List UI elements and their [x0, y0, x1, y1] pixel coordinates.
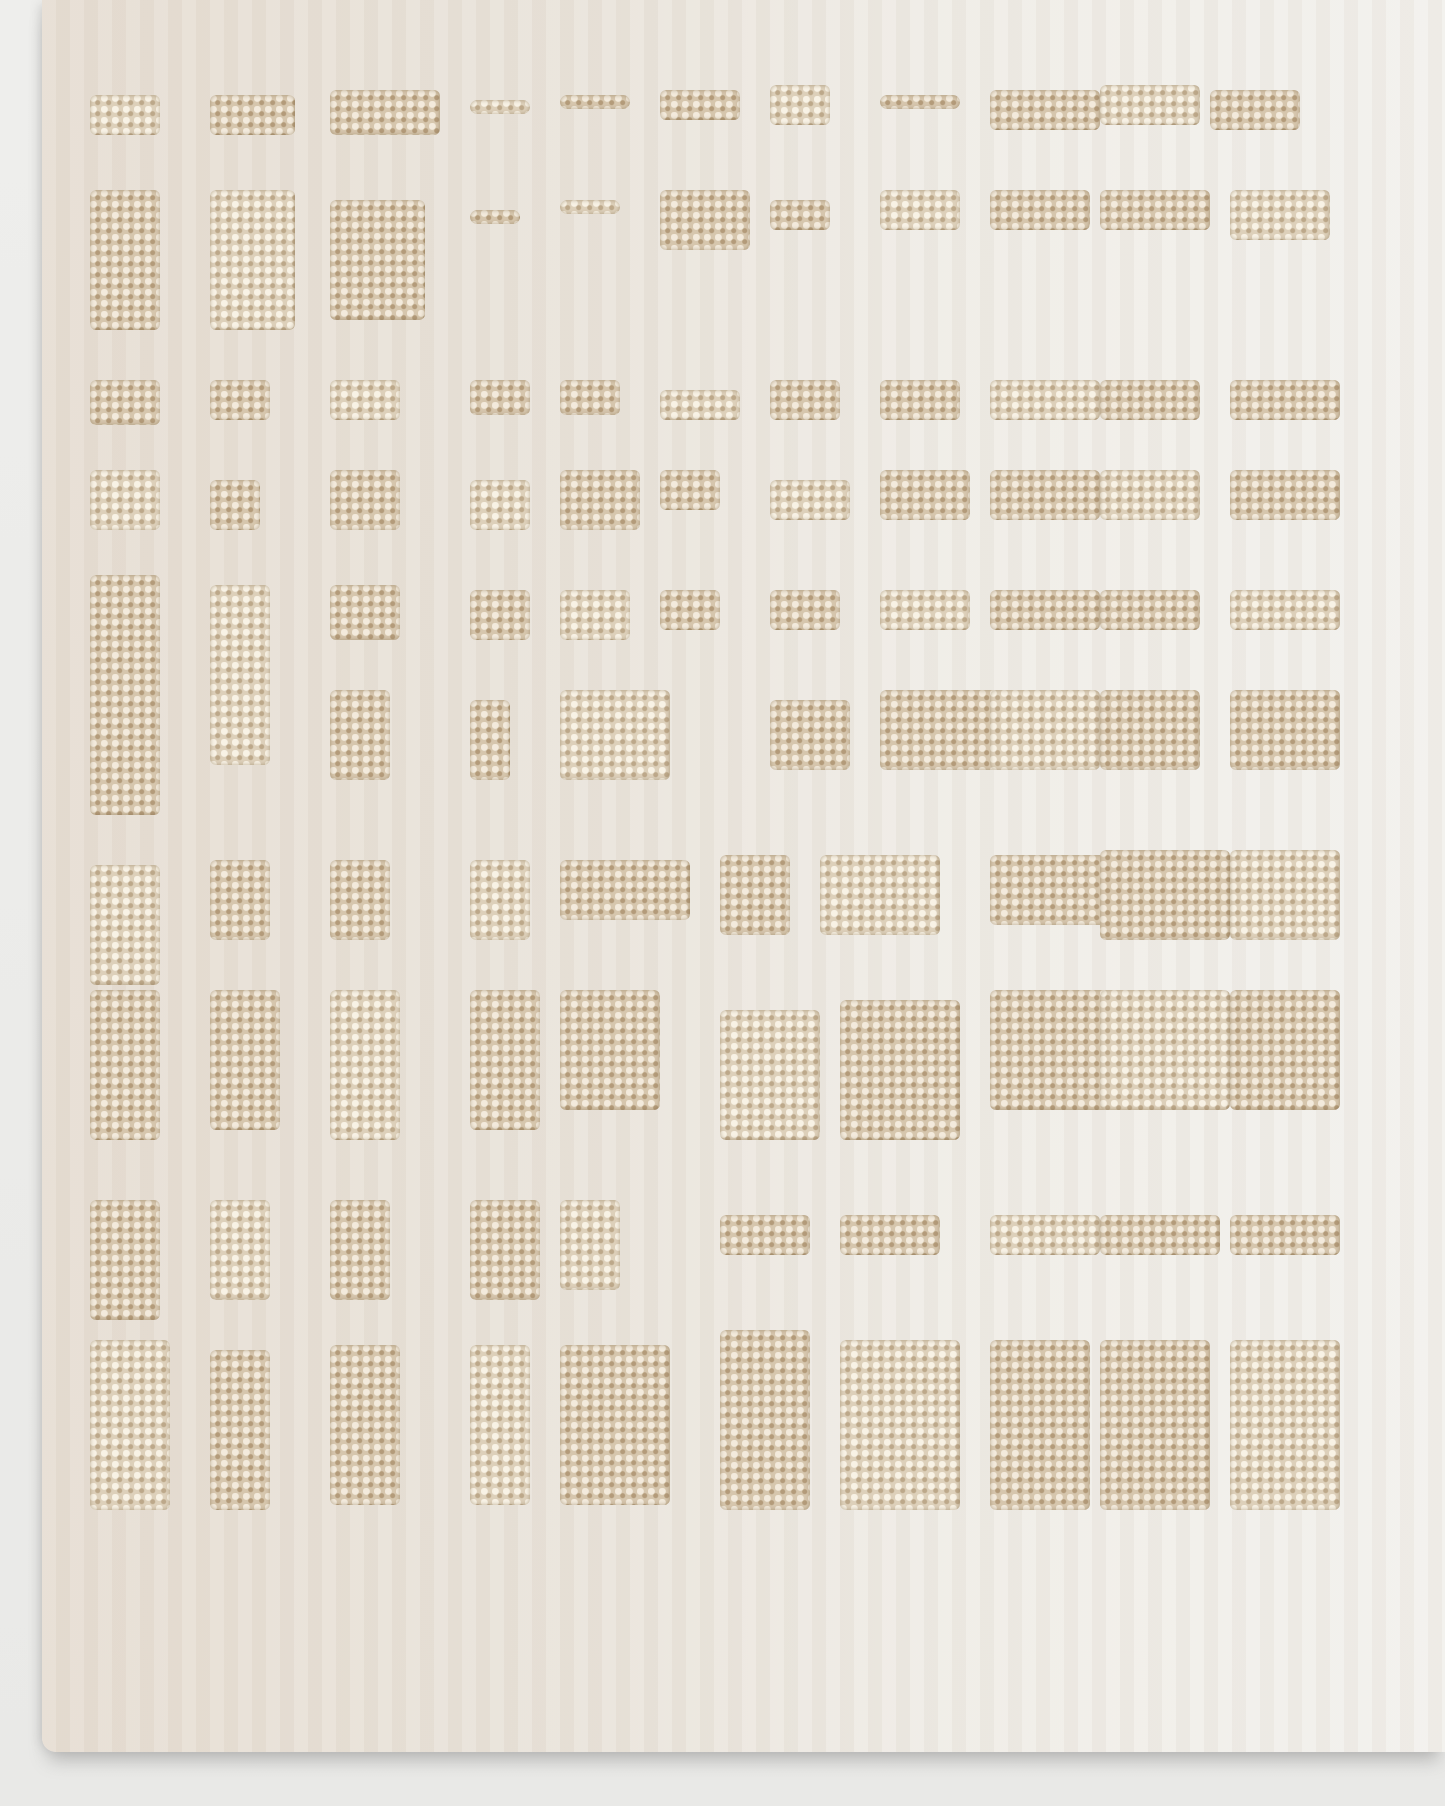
rug-tuft-pattern	[1230, 1215, 1340, 1255]
rug-tuft-pattern	[210, 990, 280, 1130]
rug-tuft-pattern	[1100, 190, 1210, 230]
rug-tuft-pattern	[660, 470, 720, 510]
rug-tuft-pattern	[210, 380, 270, 420]
rug-tuft-pattern	[330, 585, 400, 640]
rug-tuft-pattern	[880, 380, 960, 420]
rug-tuft-pattern	[1100, 85, 1200, 125]
rug-tuft-pattern	[880, 190, 960, 230]
rug-tuft-pattern	[660, 190, 750, 250]
rug-tuft-pattern	[1230, 470, 1340, 520]
rug-tuft-pattern	[990, 590, 1100, 630]
rug-tuft-pattern	[840, 1215, 940, 1255]
rug-tuft-pattern	[1230, 380, 1340, 420]
rug-tuft-pattern	[770, 590, 840, 630]
rug-tuft-pattern	[90, 990, 160, 1140]
rug-tuft-pattern	[1210, 90, 1300, 130]
rug-tuft-pattern	[1100, 1340, 1210, 1510]
rug-tuft-pattern	[1230, 850, 1340, 940]
rug-tuft-pattern	[90, 1200, 160, 1320]
rug-tuft-pattern	[1100, 590, 1200, 630]
rug-tuft-pattern	[210, 190, 295, 330]
rug-tuft-pattern	[210, 860, 270, 940]
rug-tuft-pattern	[210, 585, 270, 765]
rug-tuft-pattern	[470, 990, 540, 1130]
rug-tuft-pattern	[560, 95, 630, 109]
rug-tuft-pattern	[1100, 850, 1230, 940]
rug-tuft-pattern	[660, 390, 740, 420]
rug-tuft-pattern	[90, 190, 160, 330]
rug-tuft-pattern	[720, 1010, 820, 1140]
rug-tuft-pattern	[770, 700, 850, 770]
rug-tuft-pattern	[470, 1200, 540, 1300]
rug-tuft-pattern	[990, 1340, 1090, 1510]
rug-tuft-pattern	[1100, 1215, 1220, 1255]
rug-tuft-pattern	[990, 990, 1110, 1110]
rug-tuft-pattern	[90, 380, 160, 425]
rug-tuft-pattern	[210, 1200, 270, 1300]
rug-tuft-pattern	[770, 380, 840, 420]
rug-tuft-pattern	[880, 95, 960, 109]
rug-tuft-pattern	[210, 95, 295, 135]
rug-tuft-pattern	[470, 210, 520, 224]
rug-tuft-pattern	[470, 860, 530, 940]
rug-tuft-pattern	[330, 860, 390, 940]
rug-tuft-pattern	[1230, 590, 1340, 630]
rug-tuft-pattern	[770, 85, 830, 125]
rug-tuft-pattern	[330, 1200, 390, 1300]
rug-tuft-pattern	[1230, 190, 1330, 240]
rug-tuft-pattern	[210, 480, 260, 530]
rug-tuft-pattern	[90, 575, 160, 815]
rug-tuft-pattern	[840, 1000, 960, 1140]
rug-tuft-pattern	[470, 100, 530, 114]
rug-tuft-pattern	[560, 200, 620, 214]
rug-tuft-pattern	[720, 1215, 810, 1255]
rug-tuft-pattern	[210, 1350, 270, 1510]
rug-tuft-pattern	[330, 1345, 400, 1505]
rug-tuft-pattern	[840, 1340, 960, 1510]
rug-tuft-pattern	[720, 1330, 810, 1510]
rug-tuft-pattern	[560, 860, 690, 920]
rug-tuft-pattern	[90, 1340, 170, 1510]
rug-tuft-pattern	[820, 855, 940, 935]
rug-tuft-pattern	[470, 700, 510, 780]
rug-tuft-pattern	[880, 590, 970, 630]
rug-tuft-pattern	[990, 470, 1100, 520]
rug-tuft-pattern	[1100, 990, 1230, 1110]
rug-tuft-pattern	[330, 200, 425, 320]
rug-tuft-pattern	[90, 95, 160, 135]
rug-tuft-pattern	[1100, 380, 1200, 420]
rug-tuft-pattern	[560, 1345, 670, 1505]
rug-tuft-pattern	[560, 990, 660, 1110]
rug-tuft-pattern	[330, 990, 400, 1140]
rug-tuft-pattern	[560, 470, 640, 530]
rug-tuft-pattern	[770, 480, 850, 520]
rug-tuft-pattern	[1100, 470, 1200, 520]
rug-tuft-pattern	[470, 480, 530, 530]
rug-tuft-pattern	[330, 690, 390, 780]
rug-tuft-pattern	[560, 590, 630, 640]
rug-tuft-pattern	[90, 865, 160, 985]
rug-tuft-pattern	[330, 90, 440, 135]
rug-tuft-pattern	[330, 380, 400, 420]
rug-tuft-pattern	[720, 855, 790, 935]
rug-tuft-pattern	[90, 470, 160, 530]
rug-tuft-pattern	[1230, 690, 1340, 770]
rug-tuft-pattern	[470, 1345, 530, 1505]
rug-tuft-pattern	[990, 380, 1100, 420]
rug-tuft-pattern	[470, 590, 530, 640]
rug-tuft-pattern	[880, 690, 1000, 770]
rug-tuft-pattern	[990, 90, 1100, 130]
rug-tuft-pattern	[770, 200, 830, 230]
rug-tuft-pattern	[990, 190, 1090, 230]
rug-tuft-pattern	[880, 470, 970, 520]
rug-tuft-pattern	[470, 380, 530, 415]
rug-tuft-pattern	[560, 1200, 620, 1290]
rug-tuft-pattern	[1230, 990, 1340, 1110]
rug-tuft-pattern	[560, 380, 620, 415]
rug-tuft-pattern	[1100, 690, 1200, 770]
rug-tuft-pattern	[560, 690, 670, 780]
rug-tuft-pattern	[990, 1215, 1100, 1255]
rug-tuft-pattern	[660, 90, 740, 120]
rug-tuft-pattern	[990, 690, 1100, 770]
rug-tuft-pattern	[660, 590, 720, 630]
rug-tuft-pattern	[330, 470, 400, 530]
rug-photo	[42, 0, 1445, 1752]
rug-tuft-pattern	[1230, 1340, 1340, 1510]
